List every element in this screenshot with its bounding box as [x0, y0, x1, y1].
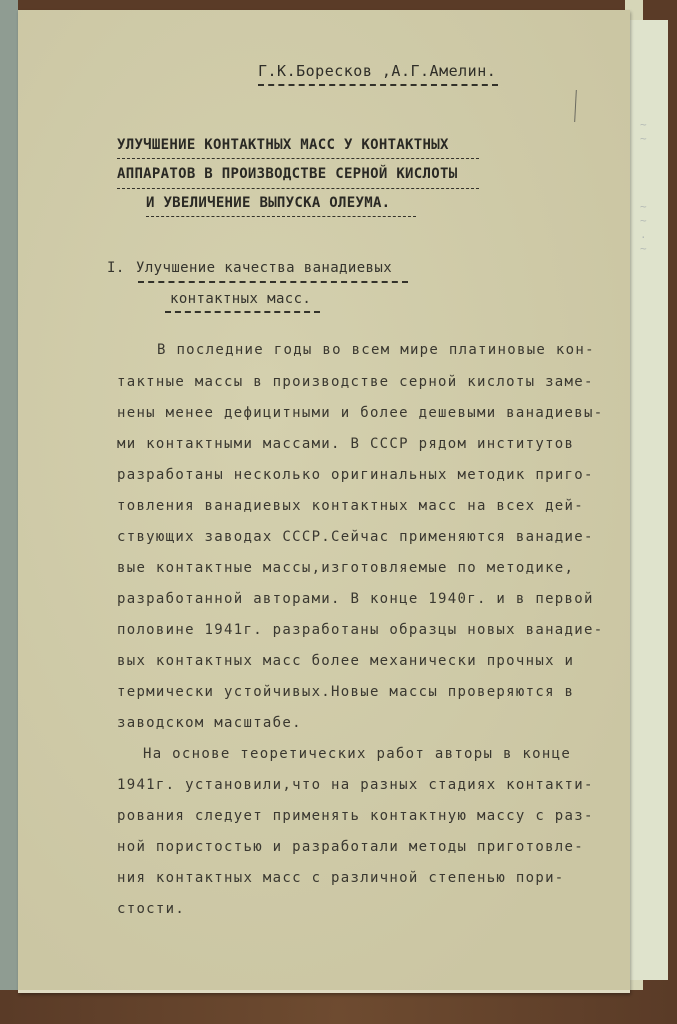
title-underline-2: [117, 188, 479, 189]
section-underline-2: [165, 311, 320, 313]
body-line: ной пористостью и разработали методы при…: [117, 839, 584, 855]
body-line: вых контактных масс более механически пр…: [117, 653, 574, 669]
document-page: Г.К.Боресков ,А.Г.Амелин. УЛУЧШЕНИЕ КОНТ…: [18, 10, 630, 993]
body-line: тактные массы в производстве серной кисл…: [117, 374, 594, 390]
body-line: нены менее дефицитными и более дешевыми …: [117, 405, 603, 421]
body-line: рования следует применять контактную мас…: [117, 808, 594, 824]
title-line-2: АППАРАТОВ В ПРОИЗВОДСТВЕ СЕРНОЙ КИСЛОТЫ: [117, 166, 457, 182]
section-heading-line-1: Улучшение качества ванадиевых: [136, 260, 392, 276]
body-line: разработанной авторами. В конце 1940г. и…: [117, 591, 594, 607]
body-line: 1941г. установили,что на разных стадиях …: [117, 777, 594, 793]
body-line: На основе теоретических работ авторы в к…: [143, 746, 571, 762]
body-line: ми контактными массами. В СССР рядом инс…: [117, 436, 574, 452]
title-line-3: И УВЕЛИЧЕНИЕ ВЫПУСКА ОЛЕУМА.: [146, 195, 390, 211]
body-line: вые контактные массы,изготовляемые по ме…: [117, 560, 574, 576]
section-number: I.: [107, 260, 125, 276]
body-line: ния контактных масс с различной степенью…: [117, 870, 565, 886]
section-heading-line-2: контактных масс.: [170, 291, 311, 307]
title-underline-3: [146, 216, 416, 217]
body-line: половине 1941г. разработаны образцы новы…: [117, 622, 603, 638]
body-line: В последние годы во всем мире платиновые…: [157, 342, 595, 358]
bleed-through-text: ~~.~: [640, 200, 647, 256]
section-underline-1: [138, 281, 408, 283]
body-line: стости.: [117, 901, 185, 917]
authors-line: Г.К.Боресков ,А.Г.Амелин.: [258, 62, 496, 80]
left-edge-strip: [0, 0, 18, 990]
title-line-1: УЛУЧШЕНИЕ КОНТАКТНЫХ МАСС У КОНТАКТНЫХ: [117, 137, 449, 153]
body-line: ствующих заводах СССР.Сейчас применяются…: [117, 529, 594, 545]
body-line: товления ванадиевых контактных масс на в…: [117, 498, 584, 514]
bleed-through-text: ~~: [640, 118, 647, 146]
pencil-mark: [574, 90, 577, 122]
body-line: заводском масштабе.: [117, 715, 302, 731]
title-underline-1: [117, 158, 479, 159]
body-line: разработаны несколько оригинальных метод…: [117, 467, 594, 483]
body-line: термически устойчивых.Новые массы провер…: [117, 684, 574, 700]
authors-underline: [258, 84, 498, 86]
